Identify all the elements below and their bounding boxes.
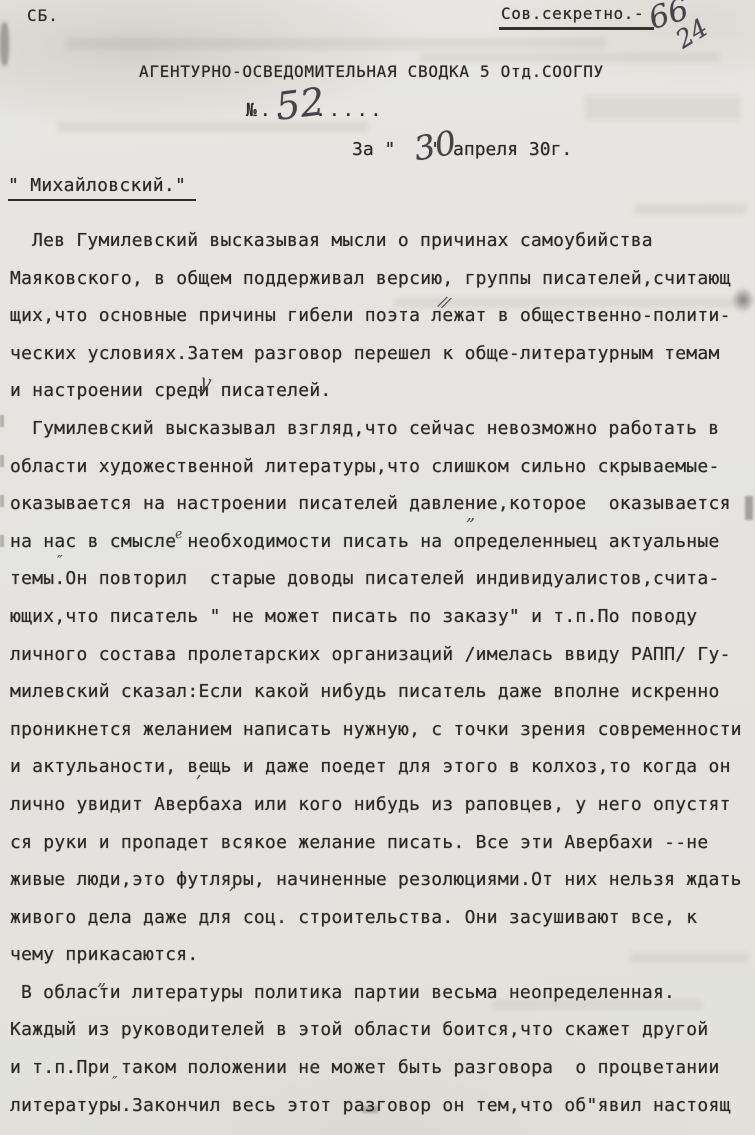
body-line: живые люди,это футляры, начиненные резол… xyxy=(10,861,755,899)
body-line: проникнется желанием написать нужную, с … xyxy=(10,711,755,749)
body-line: живого дела даже для соц. строительства.… xyxy=(10,899,755,937)
handwritten-insertion-mark: ″ xyxy=(112,1073,118,1091)
body-line: личного состава пролетарских организаций… xyxy=(10,636,755,674)
bleed-through-artifact xyxy=(66,38,606,49)
body-line: щих,что основные причины гибели поэта ле… xyxy=(10,297,755,335)
body-line: темы.Он повторил старые доводы писателей… xyxy=(10,560,755,598)
body-line: ющих,что писатель " не может писать по з… xyxy=(10,598,755,636)
body-line: Гумилевский высказывал взгляд,что сейчас… xyxy=(10,410,755,448)
body-line: оказывается на настроении писателей давл… xyxy=(10,485,755,523)
date-prefix: За " xyxy=(352,139,395,160)
body-line: чему прикасаются. xyxy=(10,936,755,974)
body-line: и актульаности, вещь и даже поедет для э… xyxy=(10,748,755,786)
classification-stamp: Сов.секретно.- xyxy=(499,4,654,30)
document-title: АГЕНТУРНО-ОСВЕДОМИТЕЛЬНАЯ СВОДКА 5 Отд.С… xyxy=(139,62,604,81)
handwritten-comma-mark: , xyxy=(229,873,235,894)
scanned-document-page: СБ. Сов.секретно.- 66 24 АГЕНТУРНО-ОСВЕД… xyxy=(0,0,755,1135)
body-line: ся руки и пропадет всякое желание писать… xyxy=(10,824,755,862)
scan-artifact xyxy=(0,415,4,575)
body-line: лично увидит Авербаха или кого нибудь из… xyxy=(10,786,755,824)
body-line: области художественной литературы,что сл… xyxy=(10,448,755,486)
handwritten-date-day: 30 xyxy=(411,123,459,169)
body-line: литературы.Закончил весь этот разговор о… xyxy=(10,1087,755,1125)
bleed-through-artifact xyxy=(635,204,747,214)
handwritten-insertion-mark: ″ xyxy=(57,552,63,570)
handwritten-document-number: 52 xyxy=(273,79,326,129)
handwritten-comma-mark: , xyxy=(196,761,202,782)
scan-artifact xyxy=(0,22,9,66)
corner-mark: СБ. xyxy=(27,6,59,25)
body-line: милевский сказал:Если какой нибудь писат… xyxy=(10,673,755,711)
subject-heading: " Михайловский." xyxy=(8,175,196,201)
bleed-through-artifact xyxy=(585,96,740,120)
body-line: Маяковского, в общем поддерживал версию,… xyxy=(10,260,755,298)
body-line: на нас в смысле необходимости писать на … xyxy=(10,523,755,561)
bleed-through-artifact xyxy=(420,53,720,62)
date-line: За "" апреля 30г. xyxy=(352,139,572,160)
body-line: и настроении среди писателей. xyxy=(10,372,755,410)
body-line: и т.п.При таком положении не может быть … xyxy=(10,1049,755,1087)
document-body: Лев Гумилевский высказывая мысли о причи… xyxy=(10,222,755,1124)
handwritten-insertion-mark: „ xyxy=(97,969,106,990)
body-line: Лев Гумилевский высказывая мысли о причи… xyxy=(10,222,755,260)
body-line: В области литературы политика партии вес… xyxy=(10,974,755,1012)
handwritten-insertion-mark: „ xyxy=(466,504,475,525)
body-line: ческих условиях.Затем разговор перешел к… xyxy=(10,335,755,373)
body-line: Каждый из руководителей в этой области б… xyxy=(10,1011,755,1049)
